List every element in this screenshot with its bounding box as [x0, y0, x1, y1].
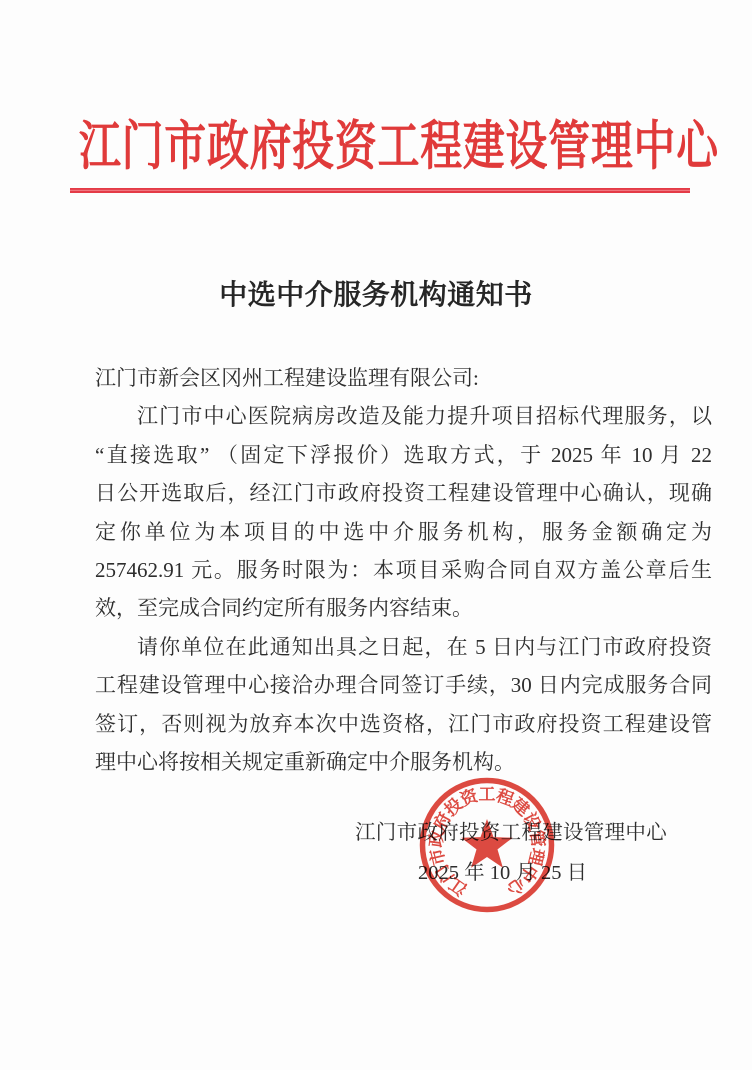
- body-line: 签订，否则视为放弃本次中选资格，江门市政府投资工程建设管: [95, 705, 712, 743]
- letterhead-rule: [70, 188, 690, 193]
- seal-ring-text: 江门市政府投资工程建设管理中心: [417, 775, 557, 915]
- body-line: 定你单位为本项目的中选中介服务机构，服务金额确定为: [95, 513, 712, 551]
- body-line: 工程建设管理中心接洽办理合同签订手续，30 日内完成服务合同: [95, 666, 712, 704]
- body-line: 日公开选取后，经江门市政府投资工程建设管理中心确认，现确: [95, 474, 712, 512]
- official-seal: 江门市政府投资工程建设管理中心: [417, 775, 557, 915]
- body-line: 理中心将按相关规定重新确定中介服务机构。: [95, 743, 712, 781]
- body-line: 效，至完成合同约定所有服务内容结束。: [95, 589, 712, 627]
- body-line: “直接选取” （固定下浮报价）选取方式，于 2025 年 10 月 22: [95, 436, 712, 474]
- document-page: 江门市政府投资工程建设管理中心 中选中介服务机构通知书 江门市新会区冈州工程建设…: [0, 0, 752, 1070]
- body-line: 江门市中心医院病房改造及能力提升项目招标代理服务，以: [95, 397, 712, 435]
- document-body: 江门市新会区冈州工程建设监理有限公司:江门市中心医院病房改造及能力提升项目招标代…: [95, 359, 712, 781]
- body-line: 江门市新会区冈州工程建设监理有限公司:: [95, 359, 712, 397]
- document-title: 中选中介服务机构通知书: [0, 276, 752, 316]
- body-line: 请你单位在此通知出具之日起，在 5 日内与江门市政府投资: [95, 628, 712, 666]
- body-line: 257462.91 元。服务时限为：本项目采购合同自双方盖公章后生: [95, 551, 712, 589]
- letterhead-org-name: 江门市政府投资工程建设管理中心: [79, 116, 673, 178]
